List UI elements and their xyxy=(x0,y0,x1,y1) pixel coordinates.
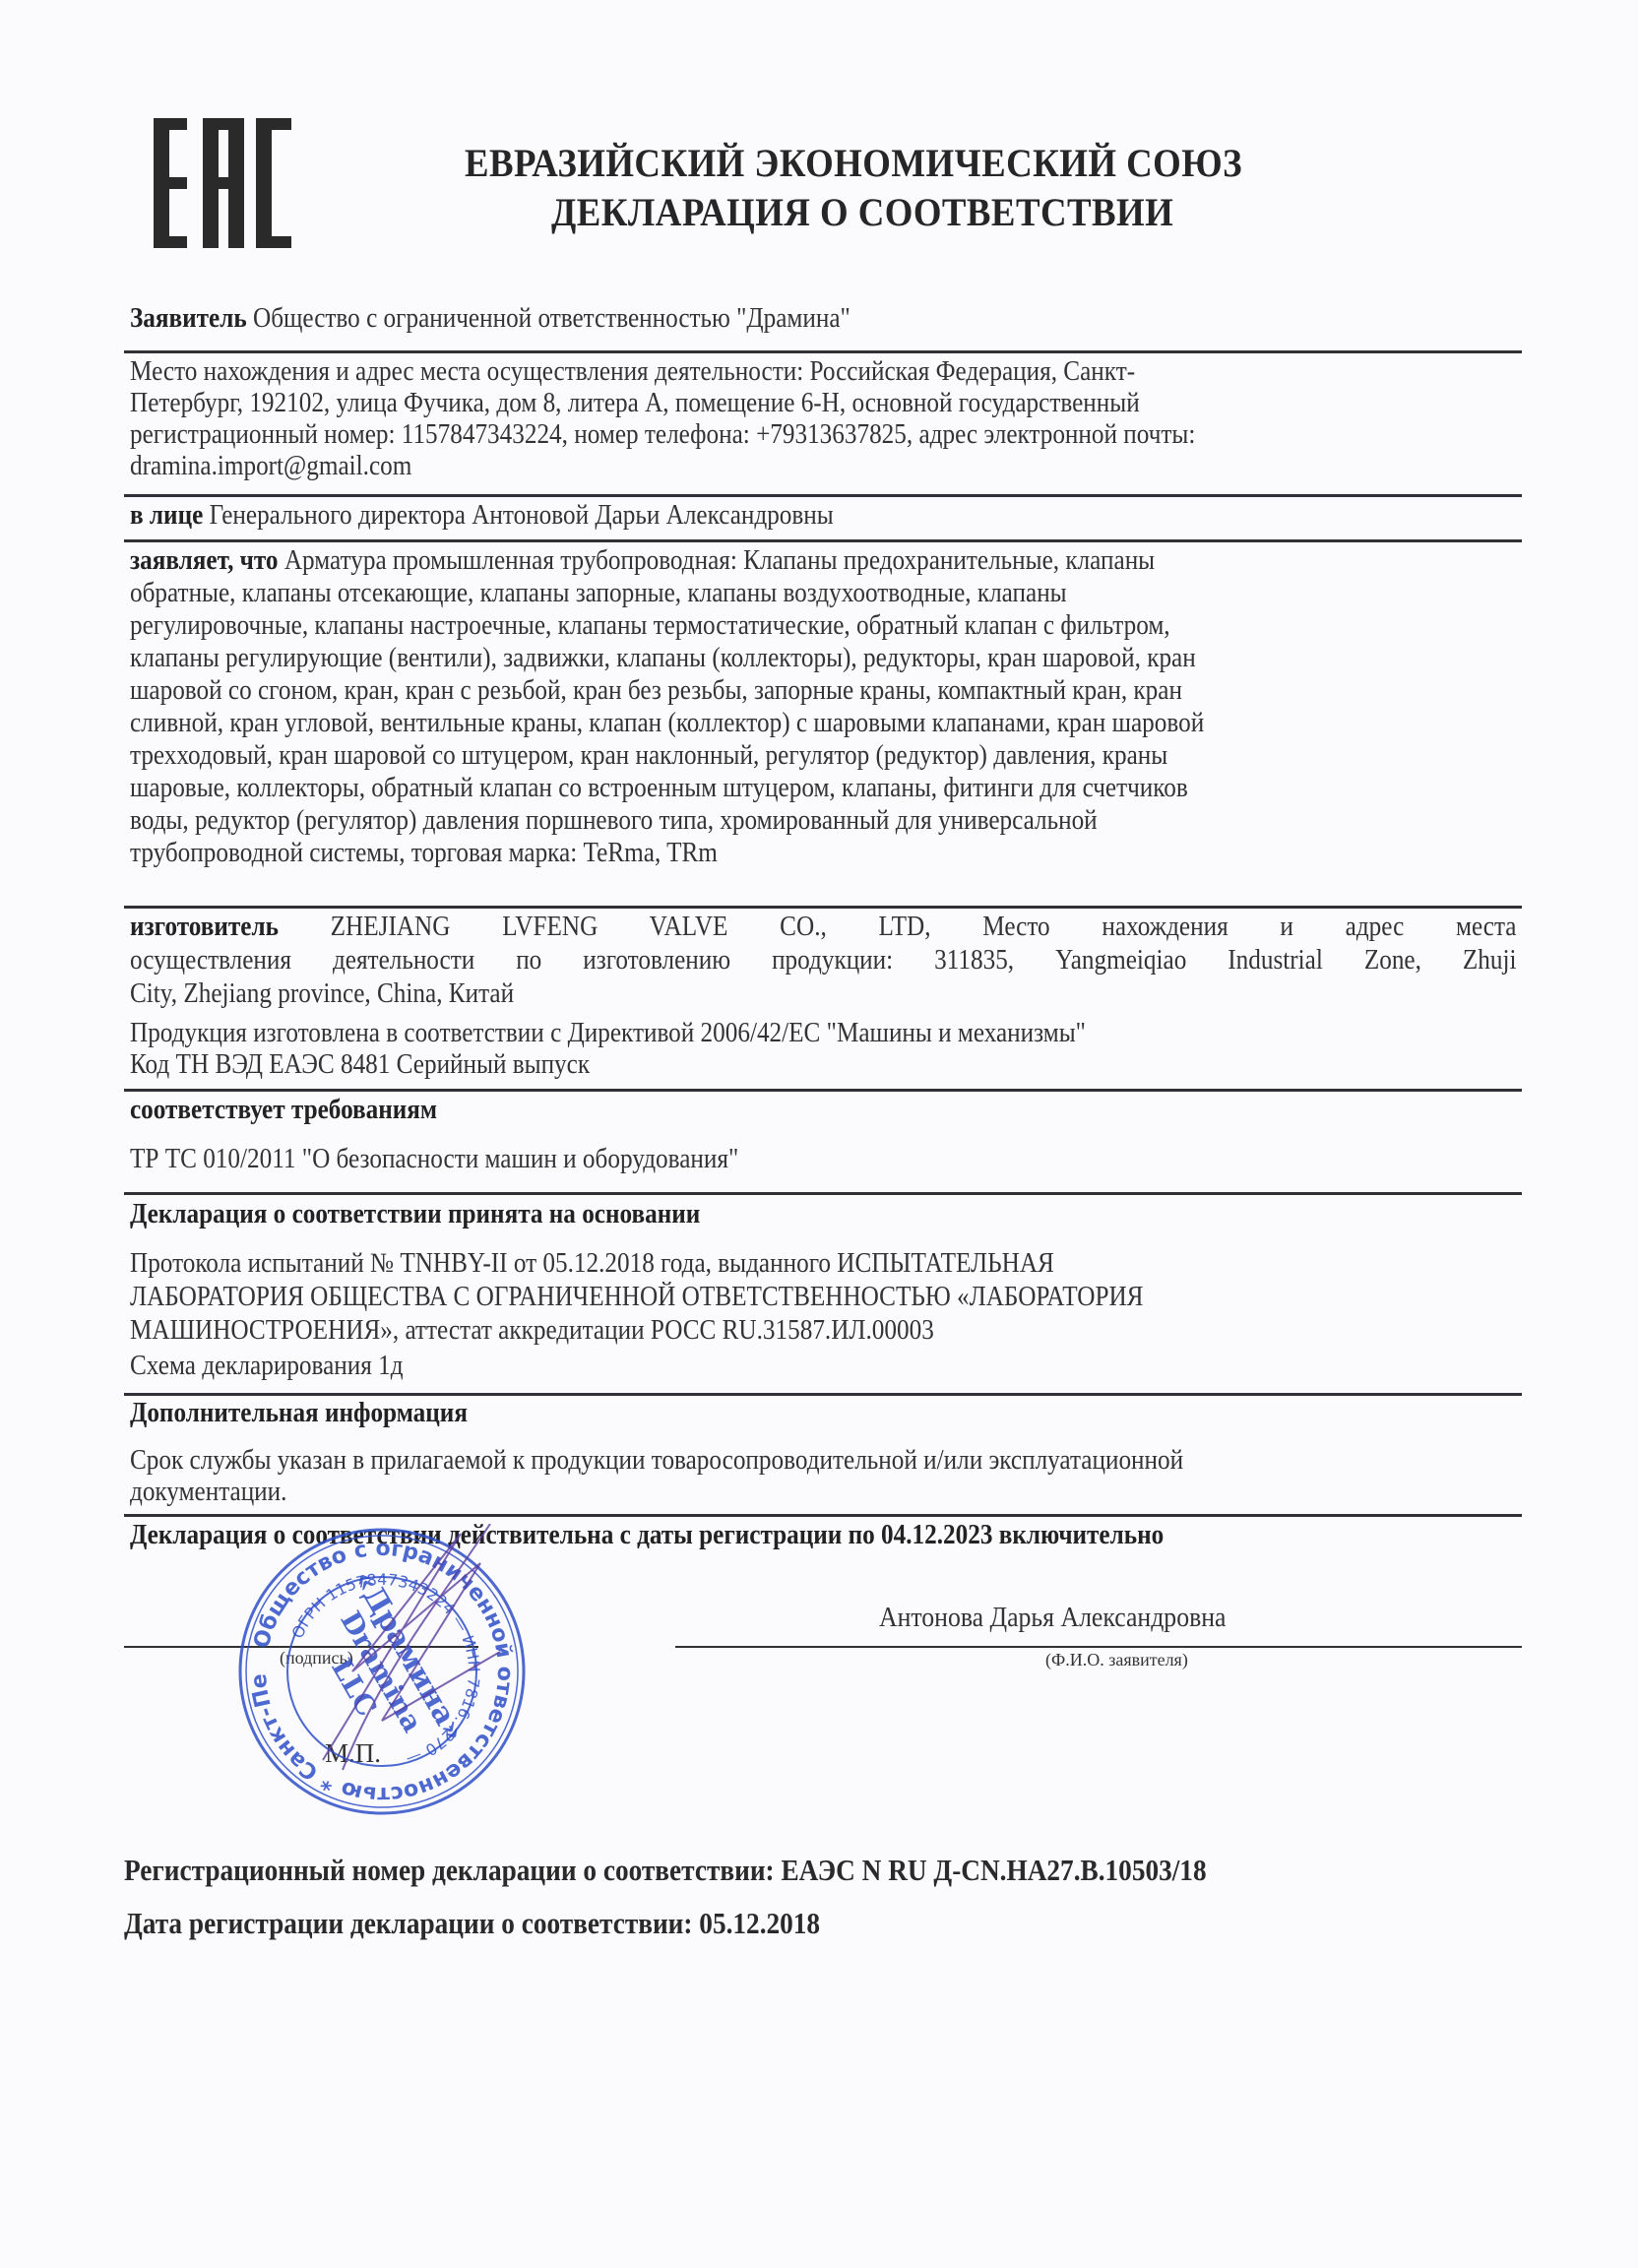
registration-date: Дата регистрации декларации о соответств… xyxy=(124,1906,820,1941)
declares-line: заявляет, что Арматура промышленная труб… xyxy=(130,545,1379,577)
additional-line: документации. xyxy=(130,1477,1379,1508)
basis-line: ЛАБОРАТОРИЯ ОБЩЕСТВА С ОГРАНИЧЕННОЙ ОТВЕ… xyxy=(130,1282,1379,1313)
email: dramina.import@gmail.com xyxy=(130,451,1379,482)
represented-label: в лице xyxy=(130,500,203,531)
declares-line: шаровой со сгоном, кран, кран с резьбой,… xyxy=(130,675,1379,707)
hs-code: Код ТН ВЭД ЕАЭС 8481 Серийный выпуск xyxy=(130,1049,1379,1081)
address-line: Петербург, 192102, улица Фучика, дом 8, … xyxy=(130,388,1379,419)
divider xyxy=(124,906,1522,909)
divider xyxy=(124,1089,1522,1092)
represented-value: Генерального директора Антоновой Дарьи А… xyxy=(210,500,834,531)
declares-label: заявляет, что xyxy=(130,545,279,576)
eac-logo xyxy=(154,118,291,248)
signer-name: Антонова Дарья Александровна xyxy=(879,1603,1226,1634)
divider xyxy=(124,1192,1522,1195)
declares-line: трехходовый, кран шаровой со штуцером, к… xyxy=(130,740,1379,772)
address-line: Место нахождения и адрес места осуществл… xyxy=(130,356,1379,388)
divider xyxy=(124,1393,1522,1396)
divider xyxy=(124,350,1522,353)
directive: Продукция изготовлена в соответствии с Д… xyxy=(130,1018,1379,1049)
applicant-row: Заявитель Общество с ограниченной ответс… xyxy=(130,303,1379,335)
additional-label: Дополнительная информация xyxy=(130,1398,1379,1429)
basis-line: Протокола испытаний № TNHBY-II от 05.12.… xyxy=(130,1248,1379,1280)
declaration-scheme: Схема декларирования 1д xyxy=(130,1351,1379,1382)
manufacturer-line: осуществления деятельности по изготовлен… xyxy=(130,945,1517,976)
address-line: регистрационный номер: 1157847343224, но… xyxy=(130,419,1379,451)
manufacturer-label: изготовитель xyxy=(130,912,279,942)
applicant-value: Общество с ограниченной ответственностью… xyxy=(253,303,850,334)
applicant-label: Заявитель xyxy=(130,303,247,334)
declares-line: трубопроводной системы, торговая марка: … xyxy=(130,838,1379,869)
conforms-label: соответствует требованиям xyxy=(130,1095,1379,1126)
technical-regulation: ТР ТС 010/2011 "О безопасности машин и о… xyxy=(130,1144,1379,1175)
manufacturer-line: изготовитель ZHEJIANG LVFENG VALVE CO., … xyxy=(130,912,1517,943)
signer-line xyxy=(675,1646,1522,1648)
basis-label: Декларация о соответствии принята на осн… xyxy=(130,1199,1379,1230)
divider xyxy=(124,494,1522,497)
title-declaration: ДЕКЛАРАЦИЯ О СООТВЕТСТВИИ xyxy=(551,189,1475,235)
basis-line: МАШИНОСТРОЕНИЯ», аттестат аккредитации Р… xyxy=(130,1315,1379,1347)
declares-line: воды, редуктор (регулятор) давления порш… xyxy=(130,805,1379,837)
declares-line: сливной, кран угловой, вентильные краны,… xyxy=(130,708,1379,739)
additional-line: Срок службы указан в прилагаемой к проду… xyxy=(130,1445,1379,1477)
represented-row: в лице Генерального директора Антоновой … xyxy=(130,500,1379,532)
declares-line: клапаны регулирующие (вентили), задвижки… xyxy=(130,643,1379,674)
divider xyxy=(124,539,1522,542)
company-stamp: Общество с ограниченной ответственностью… xyxy=(234,1524,530,1819)
declares-line: регулировочные, клапаны настроечные, кла… xyxy=(130,610,1379,642)
manufacturer-line: City, Zhejiang province, China, Китай xyxy=(130,978,1379,1010)
signer-caption: (Ф.И.О. заявителя) xyxy=(1045,1650,1188,1670)
declares-line: шаровые, коллекторы, обратный клапан со … xyxy=(130,773,1379,804)
declares-line: обратные, клапаны отсекающие, клапаны за… xyxy=(130,578,1379,609)
divider xyxy=(124,1514,1522,1517)
registration-number: Регистрационный номер декларации о соотв… xyxy=(124,1853,1207,1888)
title-union: ЕВРАЗИЙСКИЙ ЭКОНОМИЧЕСКИЙ СОЮЗ xyxy=(465,140,1388,186)
